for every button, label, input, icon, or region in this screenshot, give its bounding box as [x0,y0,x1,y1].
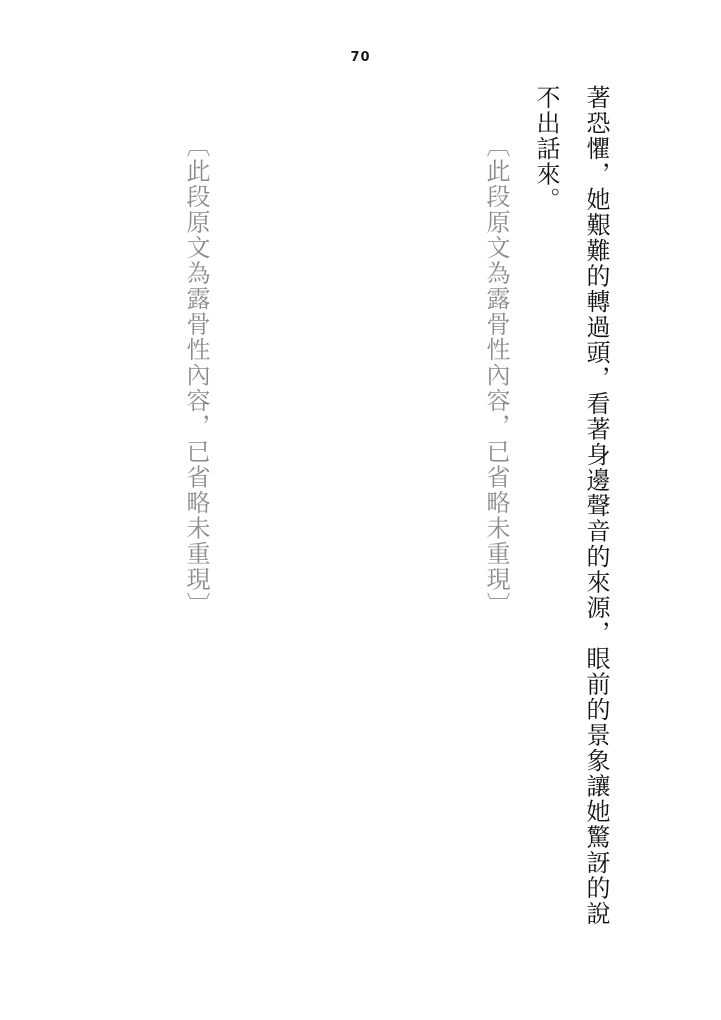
vertical-text-area: 著恐懼，她艱難的轉過頭，看著身邊聲音的來源，眼前的景象讓她驚訝的說不出話來。 〔… [121,85,621,927]
paragraph-1: 著恐懼，她艱難的轉過頭，看著身邊聲音的來源，眼前的景象讓她驚訝的說不出話來。 [521,85,621,927]
book-page: 70 著恐懼，她艱難的轉過頭，看著身邊聲音的來源，眼前的景象讓她驚訝的說不出話來… [0,0,721,1020]
paragraph-2-redacted: 〔此段原文為露骨性內容，已省略未重現〕 [221,85,521,927]
paragraph-3-redacted: 〔此段原文為露骨性內容，已省略未重現〕 [121,85,221,927]
page-number: 70 [0,50,721,65]
